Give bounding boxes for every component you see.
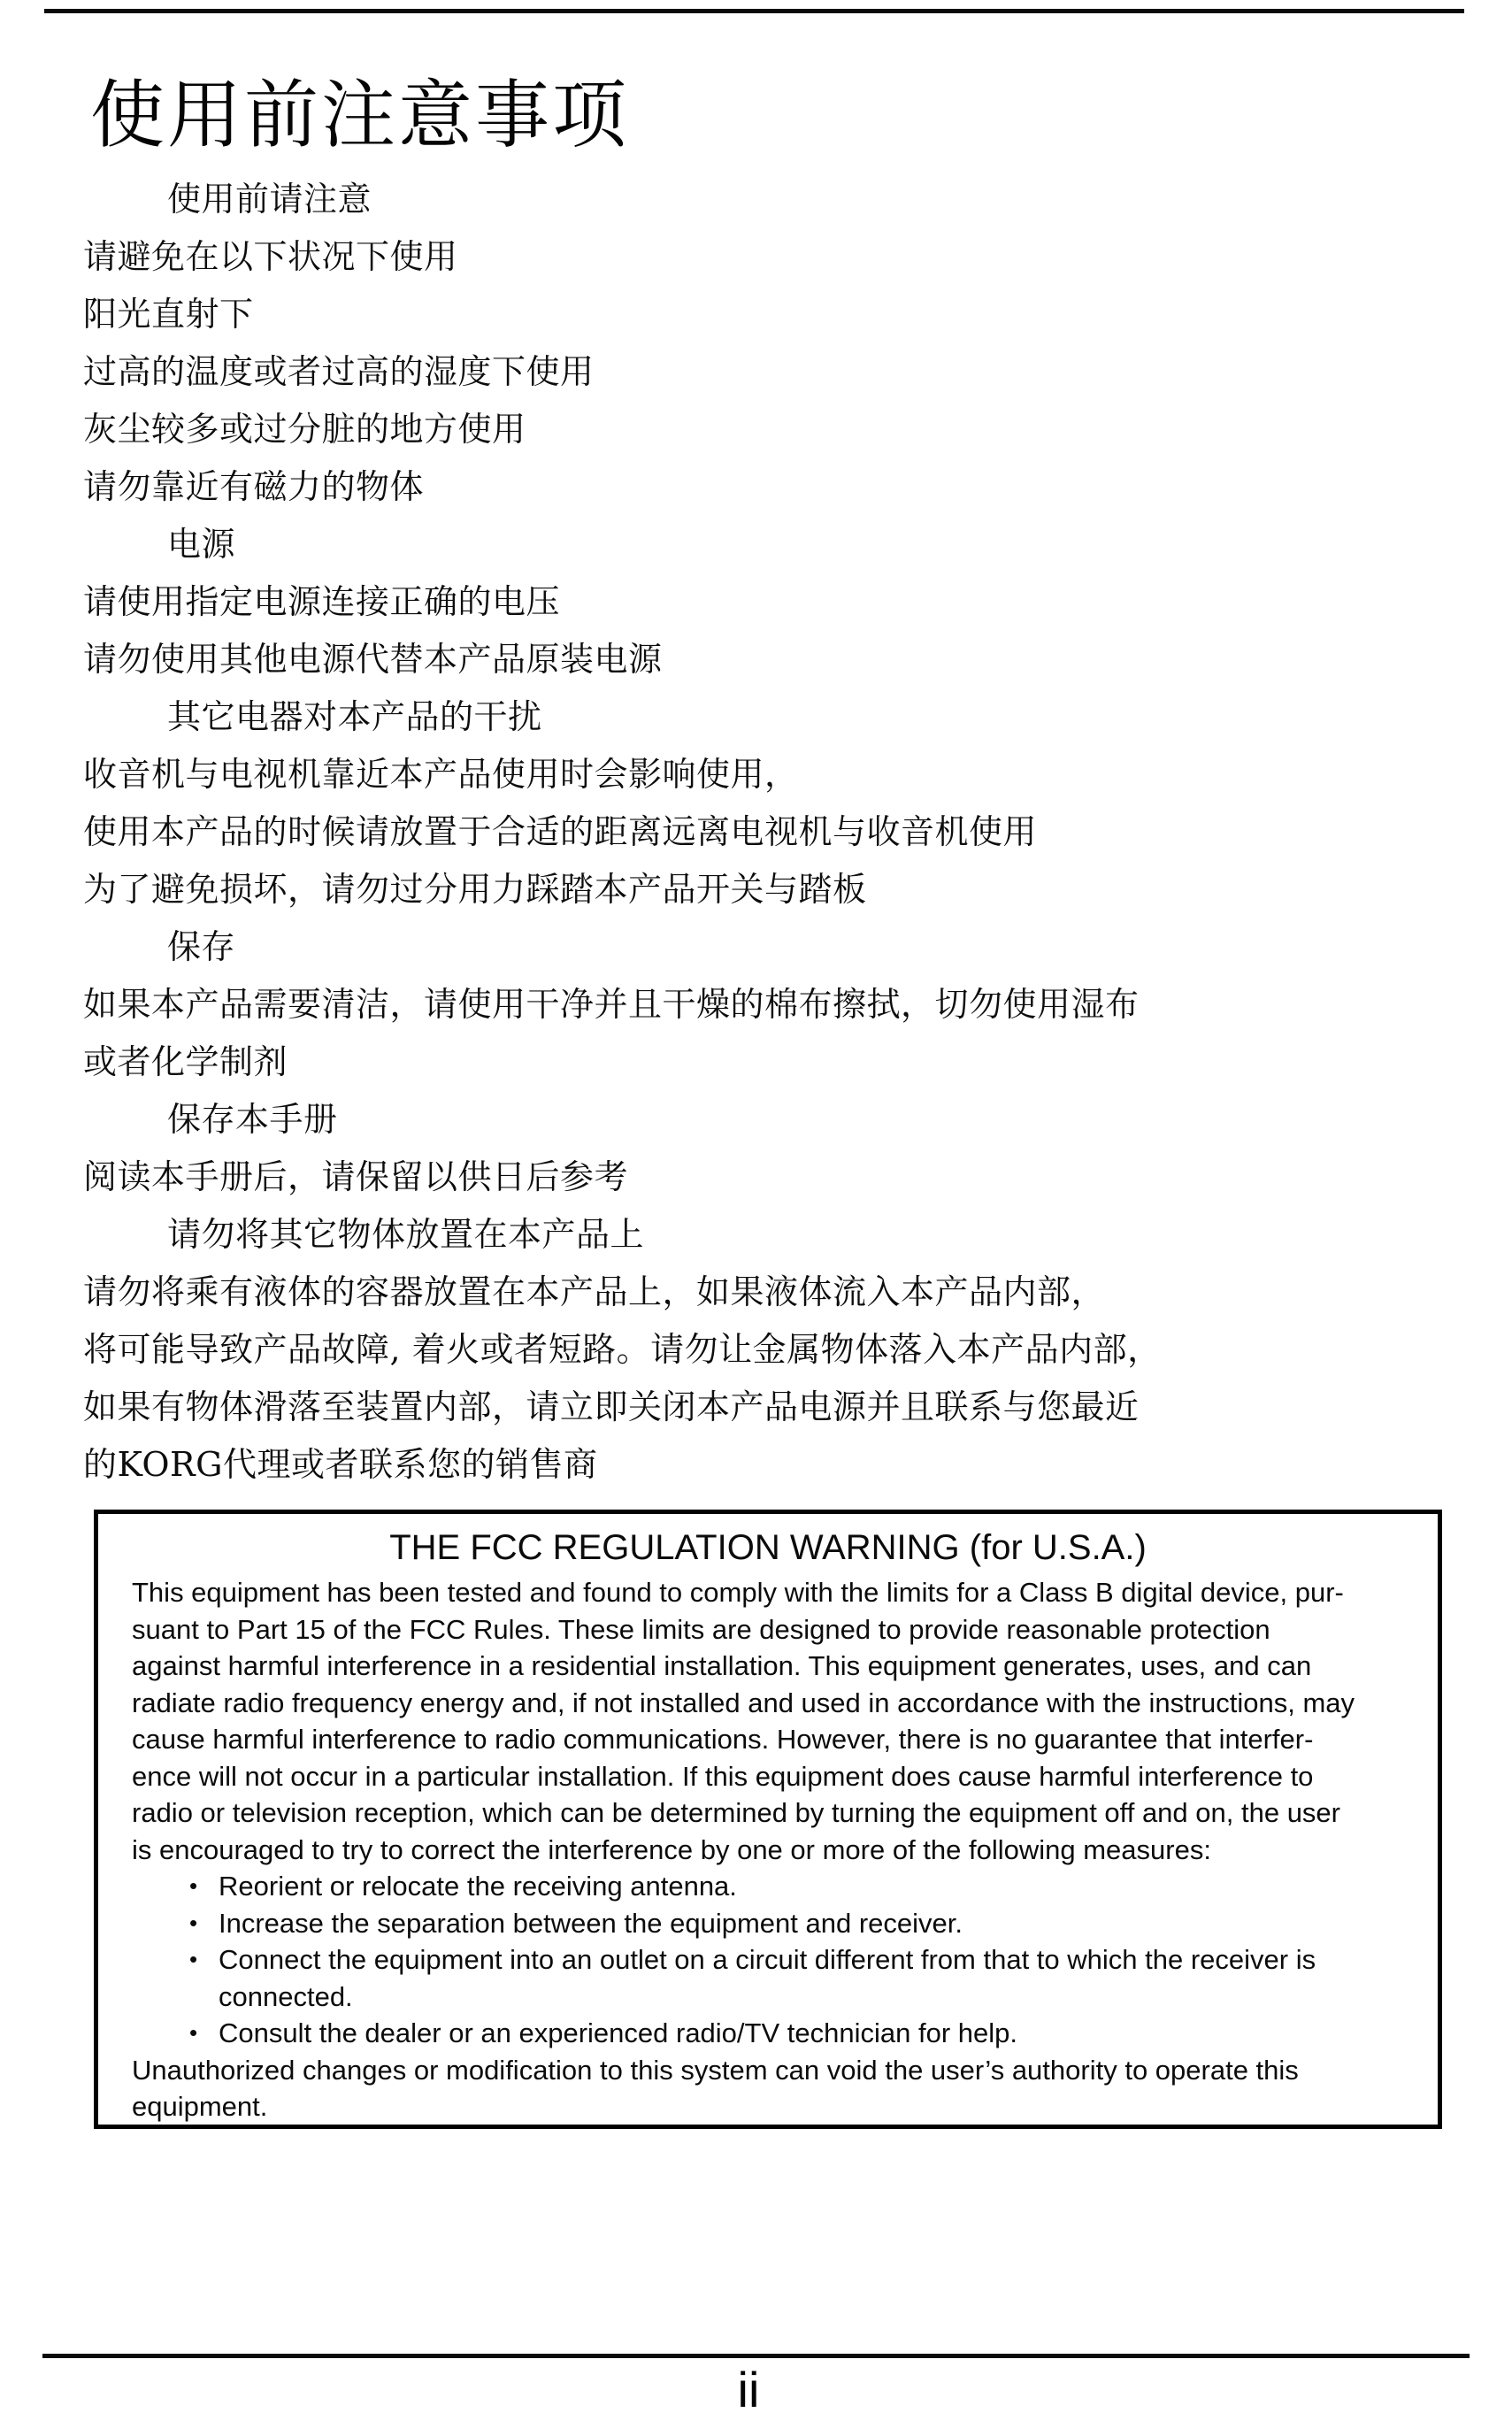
precaution-line: 请避免在以下状况下使用	[83, 228, 1463, 286]
fcc-body-line: against harmful interference in a reside…	[132, 1648, 1416, 1685]
precaution-line: 请勿靠近有磁力的物体	[83, 458, 1463, 516]
fcc-body-line: radio or television reception, which can…	[132, 1794, 1416, 1832]
precaution-line: 过高的温度或者过高的湿度下使用	[83, 343, 1463, 401]
fcc-body-line: suant to Part 15 of the FCC Rules. These…	[132, 1611, 1416, 1648]
bullet-icon: •	[189, 1941, 219, 1979]
precaution-line: 将可能导致产品故障, 着火或者短路。请勿让金属物体落入本产品内部，	[83, 1321, 1463, 1379]
precaution-line: 如果有物体滑落至装置内部，请立即关闭本产品电源并且联系与您最近	[83, 1379, 1463, 1436]
precaution-line: 请使用指定电源连接正确的电压	[83, 573, 1463, 631]
fcc-warning-box: THE FCC REGULATION WARNING (for U.S.A.) …	[94, 1510, 1442, 2129]
fcc-bullet-text: Consult the dealer or an experienced rad…	[219, 2015, 1017, 2052]
precaution-subheading: 电源	[83, 516, 1463, 573]
top-rule	[44, 9, 1464, 13]
bullet-icon: •	[189, 1905, 219, 1942]
fcc-bullet-item: •Reorient or relocate the receiving ante…	[132, 1868, 1416, 1905]
precaution-line: 请勿使用其他电源代替本产品原装电源	[83, 631, 1463, 688]
fcc-body-line: cause harmful interference to radio comm…	[132, 1721, 1416, 1758]
precaution-line: 为了避免损坏，请勿过分用力踩踏本产品开关与踏板	[83, 861, 1463, 918]
precaution-line: 阅读本手册后，请保留以供日后参考	[83, 1149, 1463, 1206]
fcc-body-line: is encouraged to try to correct the inte…	[132, 1832, 1416, 1869]
page-title: 使用前注意事项	[90, 67, 629, 164]
fcc-warning-body: This equipment has been tested and found…	[132, 1574, 1416, 2125]
page-number: ii	[0, 2363, 1497, 2417]
fcc-body-line: This equipment has been tested and found…	[132, 1574, 1416, 1611]
precaution-line: 的KORG代理或者联系您的销售商	[83, 1436, 1463, 1494]
fcc-bullet-item: •Increase the separation between the equ…	[132, 1905, 1416, 1942]
fcc-warning-title: THE FCC REGULATION WARNING (for U.S.A.)	[98, 1523, 1438, 1572]
manual-page: { "page": { "title": "使用前注意事项", "page_nu…	[0, 0, 1512, 2436]
precaution-subheading: 其它电器对本产品的干扰	[83, 688, 1463, 746]
fcc-bullet-text: Reorient or relocate the receiving anten…	[219, 1868, 737, 1905]
precaution-subheading: 保存本手册	[83, 1091, 1463, 1149]
fcc-closing-line: Unauthorized changes or modification to …	[132, 2052, 1416, 2089]
fcc-body-line: radiate radio frequency energy and, if n…	[132, 1685, 1416, 1722]
fcc-bullet-continuation: connected.	[132, 1979, 1416, 2016]
fcc-bullet-item: •Consult the dealer or an experienced ra…	[132, 2015, 1416, 2052]
precaution-line: 请勿将乘有液体的容器放置在本产品上，如果液体流入本产品内部，	[83, 1264, 1463, 1321]
fcc-bullet-text: Connect the equipment into an outlet on …	[219, 1941, 1316, 1979]
precaution-line: 或者化学制剂	[83, 1034, 1463, 1091]
fcc-closing-line: equipment.	[132, 2088, 1416, 2125]
fcc-body-line: ence will not occur in a particular inst…	[132, 1758, 1416, 1795]
bottom-rule	[42, 2354, 1470, 2358]
precaution-line: 收音机与电视机靠近本产品使用时会影响使用，	[83, 746, 1463, 803]
fcc-bullet-text: Increase the separation between the equi…	[219, 1905, 963, 1942]
precaution-line: 如果本产品需要清洁，请使用干净并且干燥的棉布擦拭，切勿使用湿布	[83, 976, 1463, 1034]
precaution-lines: 使用前请注意请避免在以下状况下使用阳光直射下过高的温度或者过高的湿度下使用灰尘较…	[83, 171, 1463, 1494]
precaution-subheading: 使用前请注意	[83, 171, 1463, 228]
precaution-line: 使用本产品的时候请放置于合适的距离远离电视机与收音机使用	[83, 803, 1463, 861]
bullet-icon: •	[189, 2015, 219, 2052]
precaution-line: 灰尘较多或过分脏的地方使用	[83, 401, 1463, 458]
fcc-bullet-item: •Connect the equipment into an outlet on…	[132, 1941, 1416, 1979]
precaution-subheading: 保存	[83, 918, 1463, 976]
bullet-icon: •	[189, 1868, 219, 1905]
precaution-subheading: 请勿将其它物体放置在本产品上	[83, 1206, 1463, 1264]
precaution-line: 阳光直射下	[83, 286, 1463, 343]
